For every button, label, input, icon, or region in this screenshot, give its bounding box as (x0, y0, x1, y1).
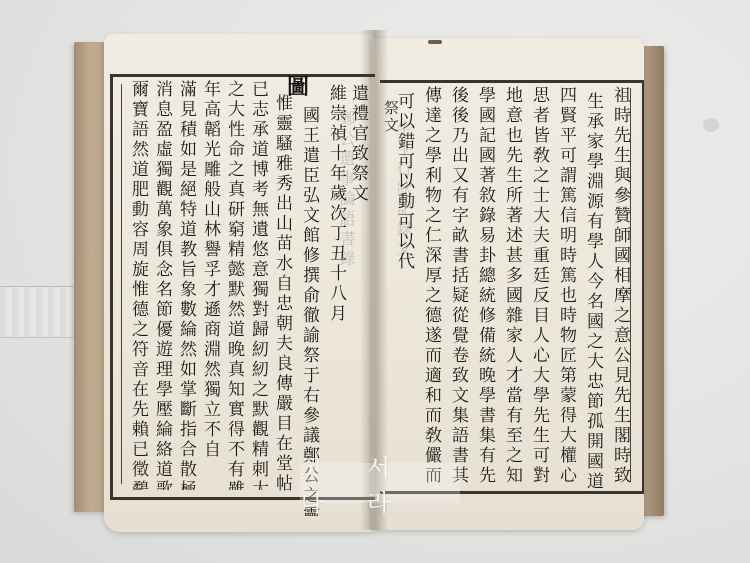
left-text-column: 遣禮官致祭文 (348, 80, 370, 494)
left-text-column: 滿見積如是絕特道教旨象數綸然如掌斷指合散極神 (174, 80, 198, 490)
left-text-column: 惟靈騷雅秀出山苗水自忠朝夫良傳嚴目在堂帖 (270, 80, 294, 504)
watermark: 고 서 나 라 (300, 463, 460, 503)
right-text-column: 地意也先生所著述甚多國雜家人才當有至之知也如易 (497, 86, 524, 484)
right-page-text: 祖時先生與參贊師國相摩之意公見先生閣時致先務光 生承家學淵源有學人今名國之大忠節… (386, 86, 632, 484)
right-text-column: 思者皆敎之士大夫重廷反目人心大學先生可對道言多 (524, 86, 551, 484)
left-text-column: 維崇禎十年歲次丁丑十八月 (321, 80, 348, 494)
page-ink-spot (428, 40, 442, 44)
right-text-column: 生承家學淵源有學人今名國之大忠節孤開國道約諸人 (578, 86, 605, 490)
right-text-column: 祖時先生與參贊師國相摩之意公見先生閣時致先務光 (605, 86, 632, 484)
left-text-column: 年高韜光雕般山林譽孚才遜商淵然獨立不自 (198, 80, 222, 490)
right-text-column: 後後乃出又有字畝書括疑從覺卷致文集語書其銘曰 (443, 86, 470, 484)
left-text-column: 消息盈虛獨觀萬象俱念名節優遊理學壓綸絡道歌 (150, 80, 174, 490)
left-page-text: 遣禮官致祭文 維崇禎十年歲次丁丑十八月 國王遣臣弘文館修撰俞徹諭祭于右參議鄭公之… (122, 80, 370, 490)
left-text-column: 之大性命之真研窮精懿默然道晚真知實得不有雖天 (222, 80, 246, 490)
right-text-column: 可以錯可以動可以代 (389, 86, 416, 490)
right-page-side-note: 祭文 (381, 100, 402, 134)
right-text-column: 傳達之學利物之仁深厚之德遂而適和而敎儼而曁 (416, 86, 443, 484)
right-text-column: 學國記國著敘錄易卦總統修備統晚學書集有先生 (470, 86, 497, 484)
right-text-column: 四賢平可謂篤信明時篤也時物匠第蒙得大權心是惡斷 (551, 86, 578, 484)
left-text-column: 爾寶語然道肥動容周旋惟德之符音在先賴已徵鷸 (126, 80, 150, 490)
left-text-column: 已志承道博考無遺悠意獨對歸紉紉之默觀精刺大地 (246, 80, 270, 490)
